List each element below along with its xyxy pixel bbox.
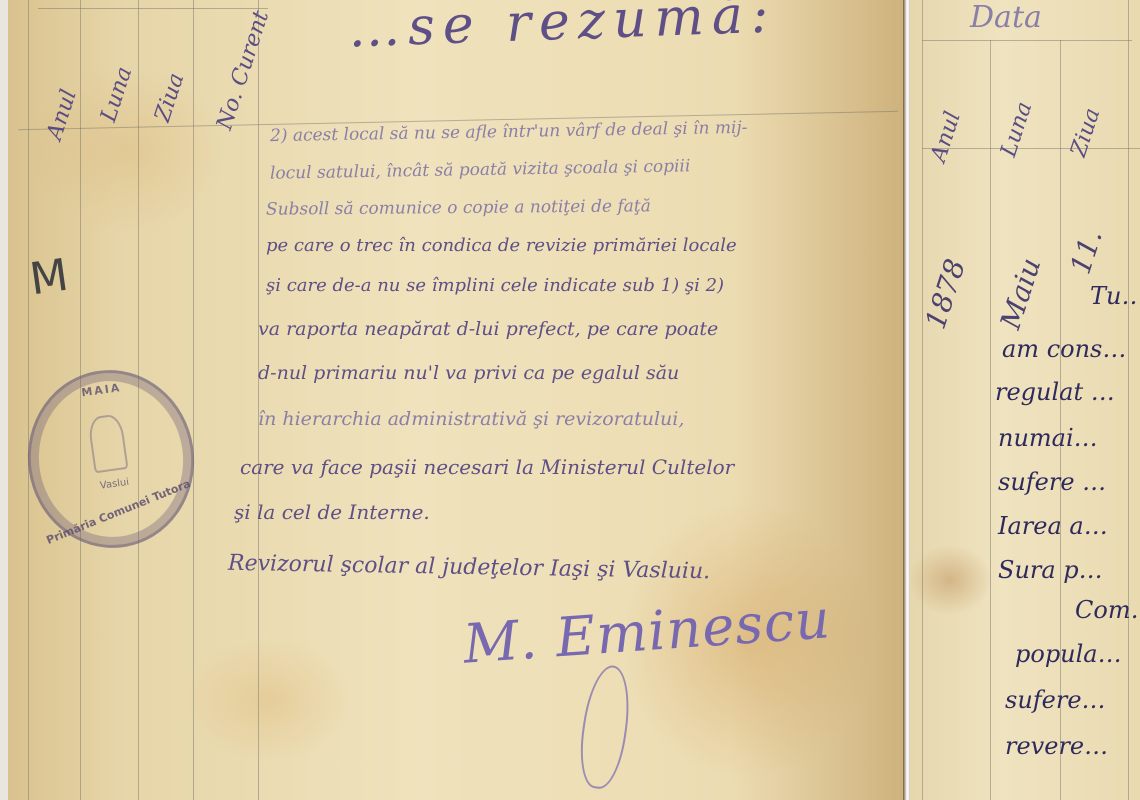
text-fragment: Iarea a…: [998, 512, 1108, 540]
column-header-number: No. Curent: [212, 8, 274, 133]
right-column-header-day: Ziua: [1066, 105, 1105, 160]
stamp-top-text: MAIA: [21, 373, 181, 408]
body-line: Subsoll să comunice o copie a notiţei de…: [266, 196, 651, 219]
official-stamp: MAIA Vaslui Primăria Comunei Tutora: [16, 359, 205, 558]
header-rule: [922, 40, 1132, 41]
column-rule: [258, 0, 259, 800]
body-line: şi la cel de Interne.: [234, 500, 430, 524]
body-line: şi care de-a nu se împlini cele indicate…: [266, 275, 724, 296]
text-fragment: sufere …: [998, 468, 1106, 496]
column-header-month: Luna: [96, 64, 137, 125]
top-heading: …se rezumă:: [347, 0, 777, 59]
entry-day: 11.: [1064, 225, 1109, 278]
text-fragment: am cons…: [1002, 335, 1126, 363]
right-page: Data Anul Luna Ziua 1878 Maiu 11. Tu… am…: [910, 0, 1140, 800]
body-line: d-nul primariu nu'l va privi ca pe egalu…: [258, 362, 679, 384]
body-line: care va face paşii necesari la Ministeru…: [240, 455, 734, 479]
body-line: va raporta neapărat d-lui prefect, pe ca…: [258, 318, 718, 340]
right-column-header-month: Luna: [996, 99, 1037, 160]
column-rule: [193, 0, 194, 800]
body-line: pe care o trec în condica de revizie pri…: [266, 235, 737, 256]
left-page: Anul Luna Ziua No. Curent …se rezumă: M …: [0, 0, 913, 800]
text-fragment: Sura p…: [998, 556, 1103, 584]
closing-line: Revizorul şcolar al judeţelor Iaşi şi Va…: [228, 551, 711, 584]
text-fragment: Com…: [1075, 596, 1140, 624]
text-fragment: popula…: [1015, 640, 1122, 668]
text-fragment: Tu…: [1090, 282, 1140, 310]
text-fragment: sufere…: [1005, 686, 1106, 714]
text-fragment: revere…: [1005, 732, 1108, 760]
book-spread: Anul Luna Ziua No. Curent …se rezumă: M …: [0, 0, 1140, 800]
signature: M. Eminescu: [461, 587, 832, 676]
body-line: în hierarchia administrativă şi revizora…: [258, 408, 684, 430]
column-rule: [1128, 0, 1129, 800]
entry-month: Maiu: [994, 254, 1048, 333]
header-top-rule: [38, 8, 268, 9]
text-fragment: numai…: [998, 424, 1098, 452]
right-column-header-year: Anul: [926, 109, 966, 165]
column-rule: [990, 40, 991, 800]
column-rule: [922, 0, 923, 800]
entry-year: 1878: [919, 255, 972, 333]
margin-mark: M: [27, 250, 72, 306]
column-header-day: Ziua: [150, 70, 189, 125]
body-line: locul satului, încât să poată vizita şco…: [270, 156, 691, 183]
signature-flourish: [575, 663, 636, 792]
column-header-year: Anul: [42, 87, 82, 143]
stamp-emblem-icon: [87, 413, 128, 473]
text-fragment: regulat …: [995, 378, 1115, 406]
right-heading: Data: [970, 0, 1042, 35]
